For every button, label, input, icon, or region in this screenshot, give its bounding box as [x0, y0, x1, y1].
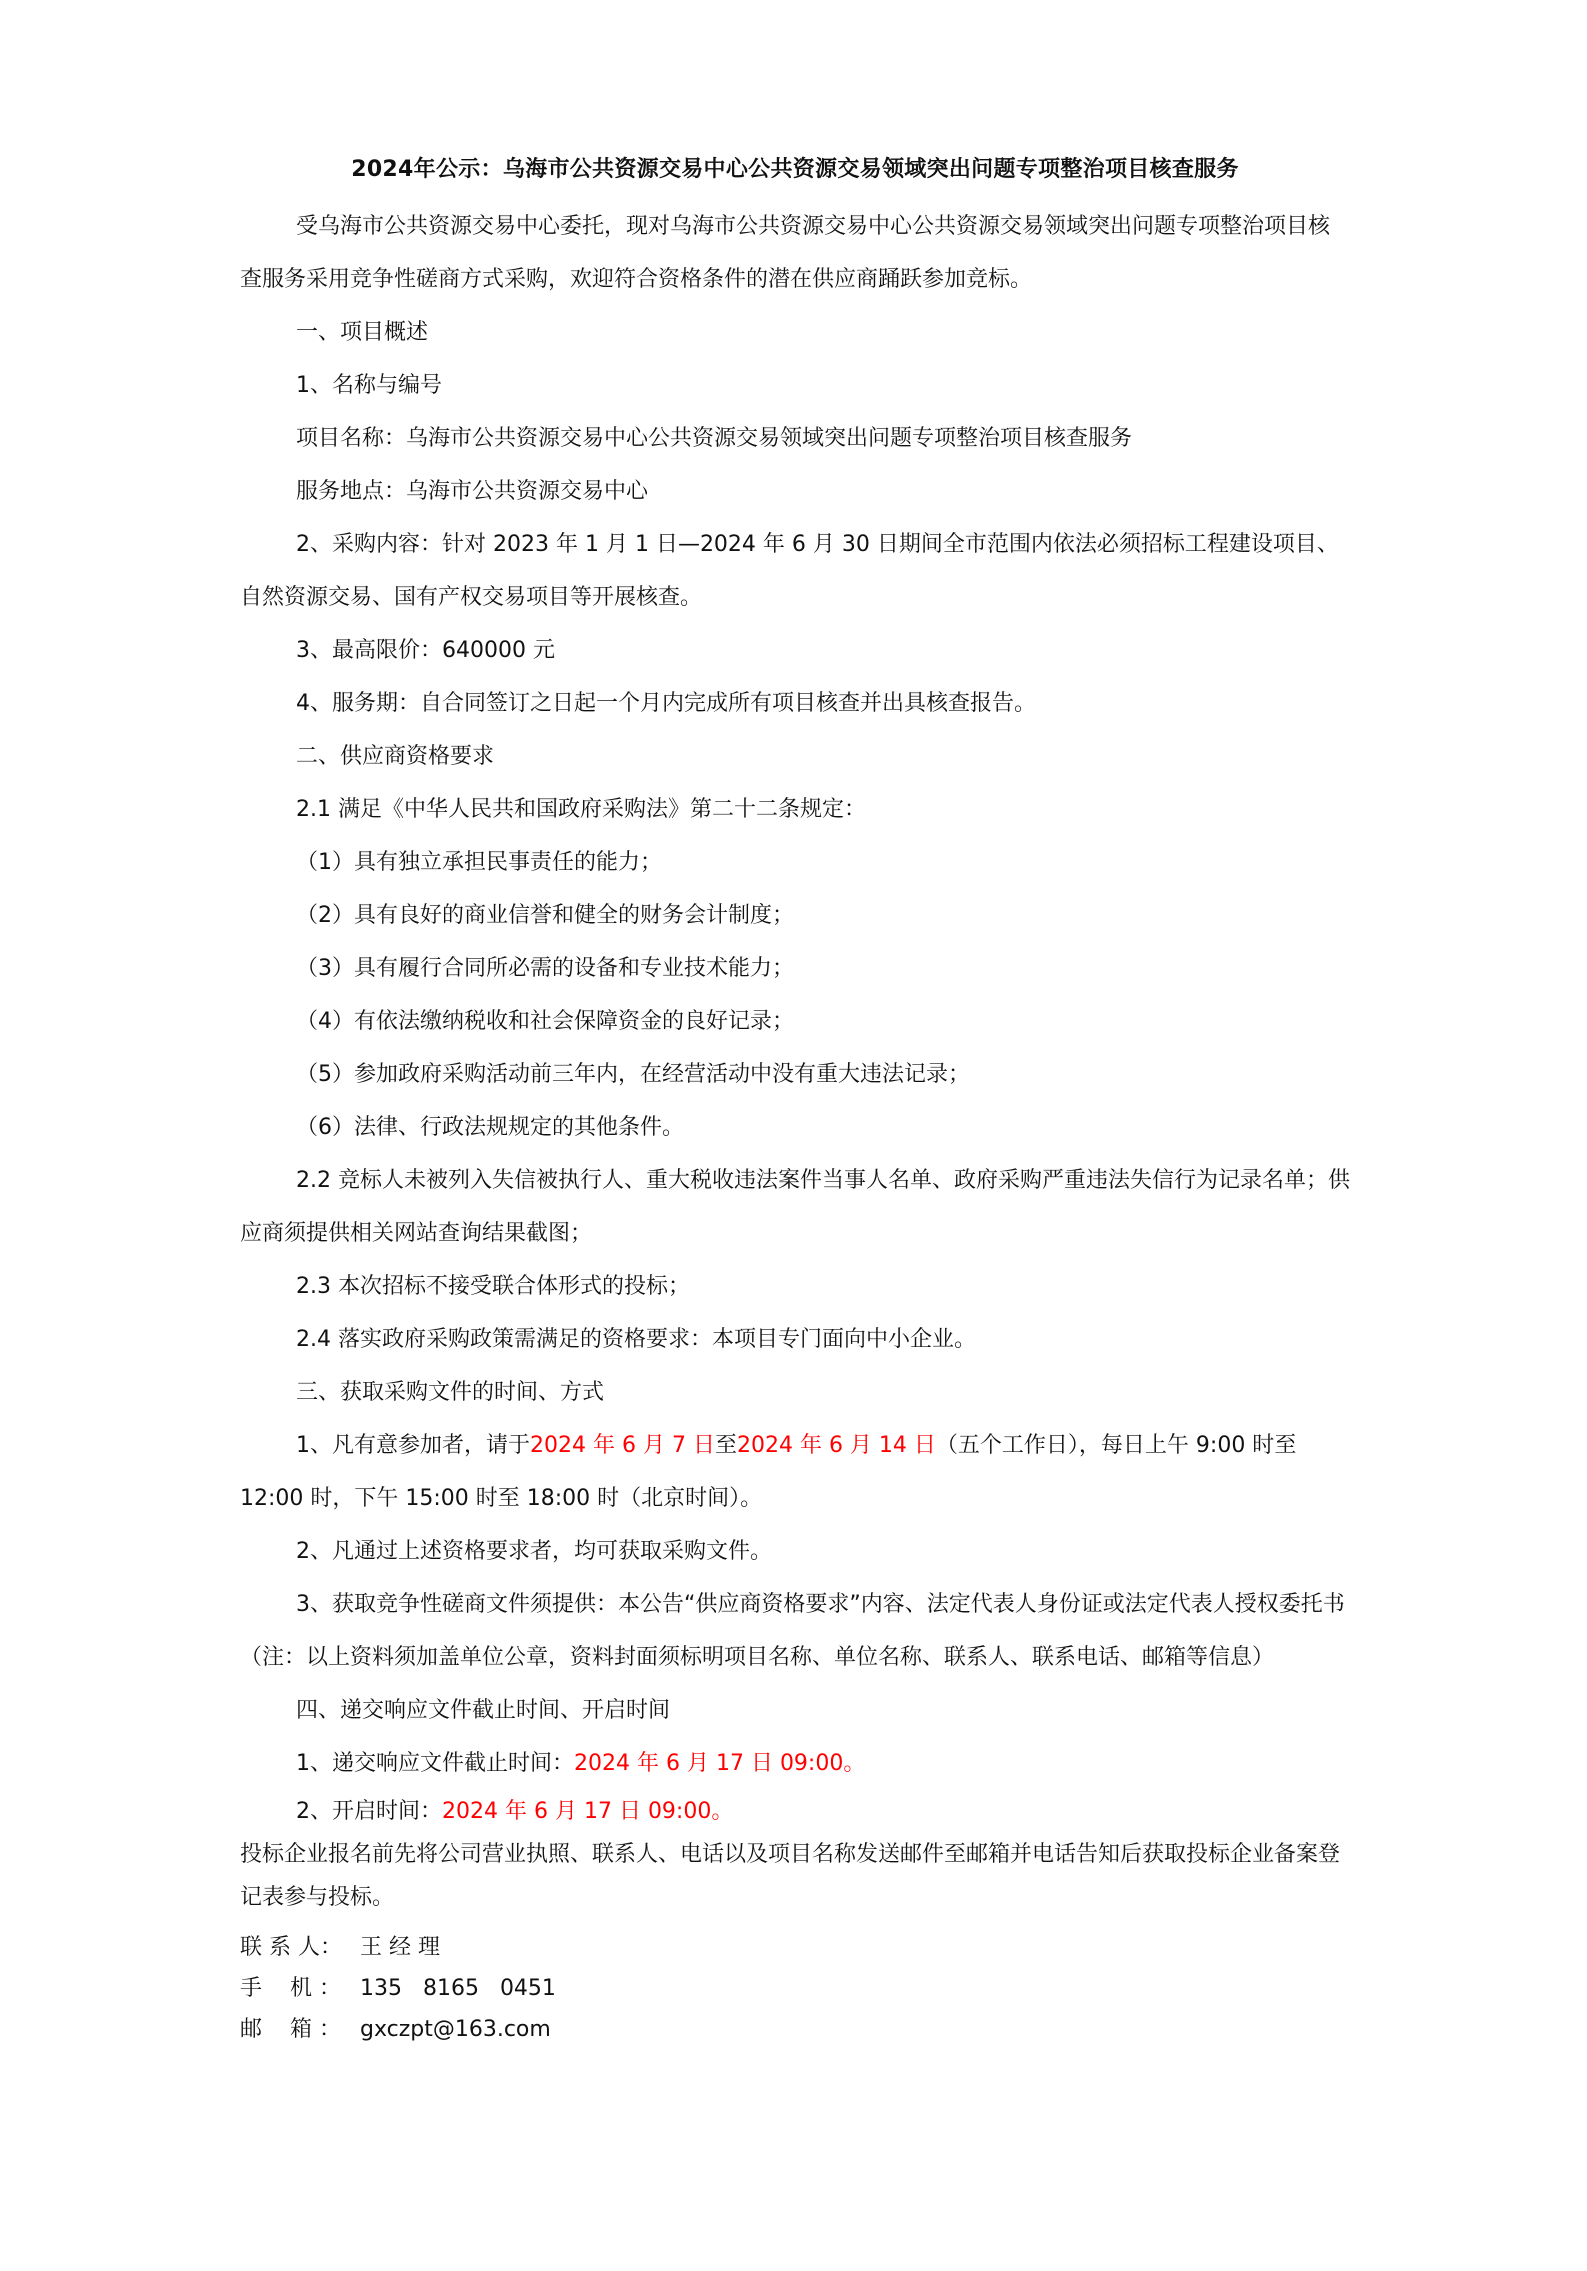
condition-item: （5）参加政府采购活动前三年内，在经营活动中没有重大违法记录； — [240, 1048, 1350, 1101]
service-location: 服务地点：乌海市公共资源交易中心 — [240, 465, 1350, 518]
contact-person-label: 联 系 人： — [240, 1927, 360, 1968]
intro-paragraph: 受乌海市公共资源交易中心委托，现对乌海市公共资源交易中心公共资源交易领域突出问题… — [240, 200, 1350, 306]
service-period: 4、服务期：自合同签订之日起一个月内完成所有项目核查并出具核查报告。 — [240, 677, 1350, 730]
section-heading-submission: 四、递交响应文件截止时间、开启时间 — [240, 1684, 1350, 1737]
obtain-start-date: 2024 年 6 月 7 日 — [530, 1433, 715, 1458]
qualification-2-1: 2.1 满足《中华人民共和国政府采购法》第二十二条规定： — [240, 783, 1350, 836]
condition-item: （6）法律、行政法规规定的其他条件。 — [240, 1101, 1350, 1154]
opening-time: 2、开启时间：2024 年 6 月 17 日 09:00。 — [240, 1790, 1350, 1833]
obtain-eligibility-item: 2、凡通过上述资格要求者，均可获取采购文件。 — [240, 1525, 1350, 1578]
contact-person-value: 王 经 理 — [360, 1935, 440, 1960]
opening-time-label: 2、开启时间： — [296, 1799, 442, 1824]
contact-email-label: 邮 箱 ： — [240, 2009, 360, 2050]
contact-phone-value: 135 8165 0451 — [360, 1976, 556, 2001]
obtain-time-item: 1、凡有意参加者，请于2024 年 6 月 7 日至2024 年 6 月 14 … — [240, 1419, 1350, 1525]
qualification-2-3: 2.3 本次招标不接受联合体形式的投标； — [240, 1260, 1350, 1313]
qualification-2-2: 2.2 竞标人未被列入失信被执行人、重大税收违法案件当事人名单、政府采购严重违法… — [240, 1154, 1350, 1260]
condition-item: （4）有依法缴纳税收和社会保障资金的良好记录； — [240, 995, 1350, 1048]
contact-email: 邮 箱 ：gxczpt@163.com — [240, 2009, 1350, 2050]
condition-item: （3）具有履行合同所必需的设备和专业技术能力； — [240, 942, 1350, 995]
opening-time-value: 2024 年 6 月 17 日 09:00。 — [442, 1799, 733, 1824]
contact-phone-label: 手 机 ： — [240, 1968, 360, 2009]
section-heading-qualifications: 二、供应商资格要求 — [240, 730, 1350, 783]
submission-deadline-time: 2024 年 6 月 17 日 09:00。 — [574, 1751, 865, 1776]
procurement-content: 2、采购内容：针对 2023 年 1 月 1 日—2024 年 6 月 30 日… — [240, 518, 1350, 624]
condition-item: （2）具有良好的商业信誉和健全的财务会计制度； — [240, 889, 1350, 942]
document-title: 2024年公示：乌海市公共资源交易中心公共资源交易领域突出问题专项整治项目核查服… — [240, 150, 1350, 190]
max-price: 3、最高限价：640000 元 — [240, 624, 1350, 677]
registration-notice: 投标企业报名前先将公司营业执照、联系人、电话以及项目名称发送邮件至邮箱并电话告知… — [240, 1833, 1350, 1919]
contact-phone: 手 机 ：135 8165 0451 — [240, 1968, 1350, 2009]
document-page: 2024年公示：乌海市公共资源交易中心公共资源交易领域突出问题专项整治项目核查服… — [240, 150, 1350, 2050]
obtain-end-date: 2024 年 6 月 14 日 — [737, 1433, 936, 1458]
obtain-requirements-item: 3、获取竞争性磋商文件须提供：本公告“供应商资格要求”内容、法定代表人身份证或法… — [240, 1578, 1350, 1684]
condition-item: （1）具有独立承担民事责任的能力； — [240, 836, 1350, 889]
qualification-2-4: 2.4 落实政府采购政策需满足的资格要求：本项目专门面向中小企业。 — [240, 1313, 1350, 1366]
section-heading-overview: 一、项目概述 — [240, 306, 1350, 359]
submission-deadline-label: 1、递交响应文件截止时间： — [296, 1751, 574, 1776]
contact-person: 联 系 人：王 经 理 — [240, 1927, 1350, 1968]
section-heading-obtain-documents: 三、获取采购文件的时间、方式 — [240, 1366, 1350, 1419]
obtain-time-prefix: 1、凡有意参加者，请于 — [296, 1433, 530, 1458]
contact-email-value[interactable]: gxczpt@163.com — [360, 2017, 551, 2042]
obtain-date-separator: 至 — [715, 1433, 737, 1458]
submission-deadline: 1、递交响应文件截止时间：2024 年 6 月 17 日 09:00。 — [240, 1737, 1350, 1790]
project-name: 项目名称：乌海市公共资源交易中心公共资源交易领域突出问题专项整治项目核查服务 — [240, 412, 1350, 465]
name-and-number-item: 1、名称与编号 — [240, 359, 1350, 412]
